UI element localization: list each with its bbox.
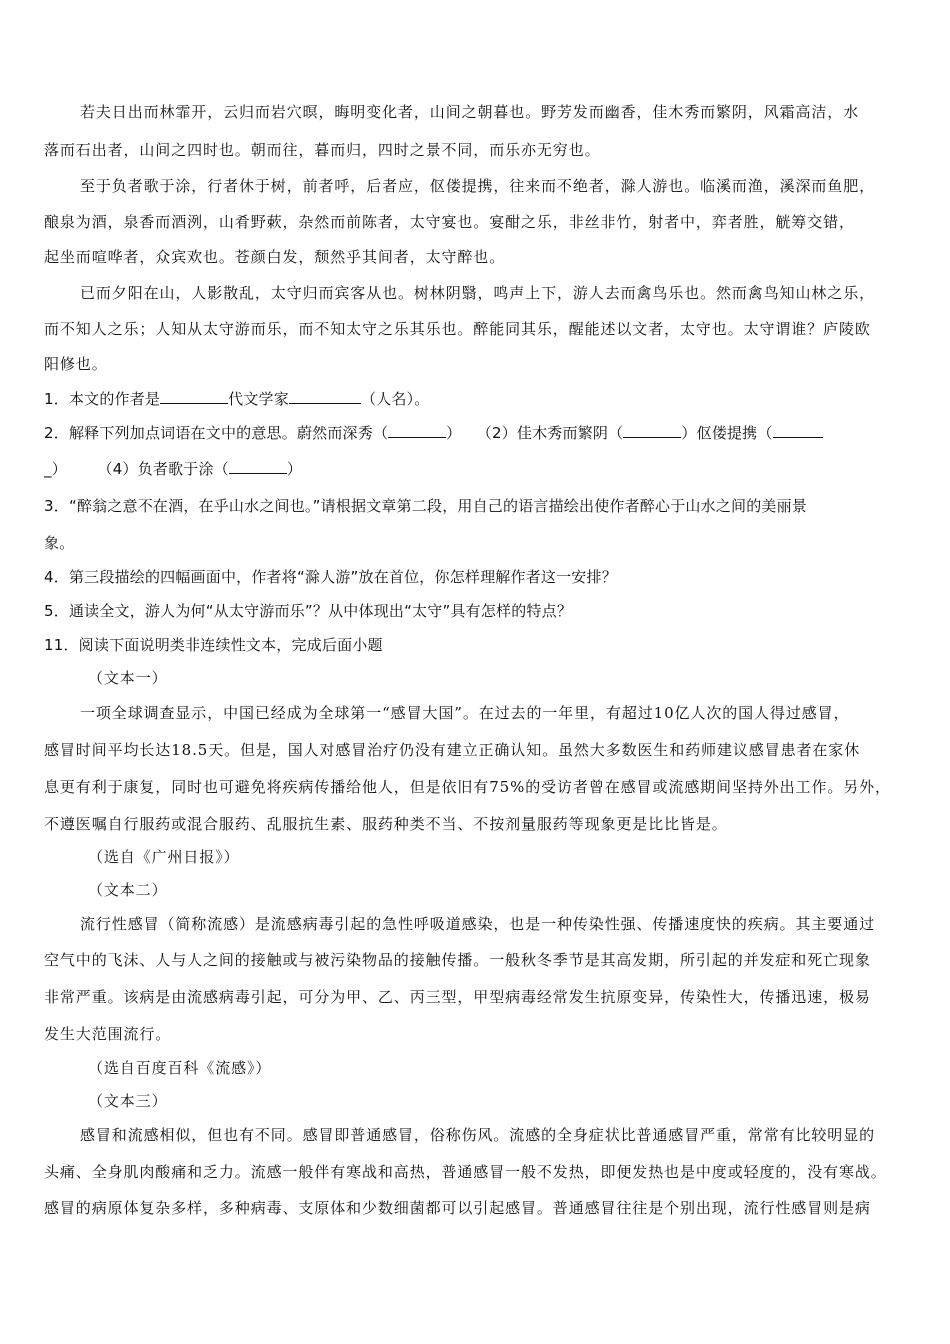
question-2-text: _） （4）负者歌于涂（ <box>44 460 229 478</box>
passage-paragraph-line: 阳修也。 <box>44 354 108 374</box>
question-4: 4．第三段描绘的四幅画面中，作者将“滁人游”放在首位，你怎样理解作者这一安排？ <box>44 567 617 587</box>
question-3: 3．“醉翁之意不在酒，在乎山水之间也。”请根据文章第二段，用自己的语言描绘出使作… <box>44 496 807 516</box>
question-1-suffix: （人名）。 <box>361 390 430 408</box>
question-11: 11．阅读下面说明类非连续性文本，完成后面小题 <box>44 635 383 655</box>
passage-paragraph-line: 已而夕阳在山，人影散乱，太守归而宾客从也。树林阴翳，鸣声上下，游人去而禽鸟乐也。… <box>80 283 875 303</box>
document-page: 若夫日出而林霏开，云归而岩穴暝，晦明变化者，山间之朝暮也。野芳发而幽香，佳木秀而… <box>0 0 950 1344</box>
text1-line: 息更有利于康复，同时也可避免将疾病传播给他人，但是依旧有75%的受访者曾在感冒或… <box>44 777 891 797</box>
text2-line: 非常严重。该病是由流感病毒引起，可分为甲、乙、丙三型，甲型病毒经常发生抗原变异，… <box>44 987 871 1007</box>
text3-heading: （文本三） <box>88 1091 168 1111</box>
question-1: 1．本文的作者是代文学家（人名）。 <box>44 389 429 409</box>
question-2-text: ）伛偻提携（ <box>681 424 772 442</box>
question-2-text: 2．解释下列加点词语在文中的意思。蔚然而深秀（ <box>44 424 388 442</box>
text1-line: 感冒时间平均长达18.5天。但是，国人对感冒治疗仍没有建立正确认知。虽然大多数医… <box>44 740 860 760</box>
question-2-text: ） （2）佳木秀而繁阴（ <box>446 424 623 442</box>
answer-blank <box>773 423 823 438</box>
answer-blank <box>229 459 287 474</box>
text2-line: 空气中的飞沫、人与人之间的接触或与被污染物品的接触传播。一般秋冬季节是其高发期，… <box>44 950 871 970</box>
text1-line: 一项全球调查显示，中国已经成为全球第一“感冒大国”。在过去的一年里，有超过10亿… <box>80 703 849 723</box>
text3-line: 感冒和流感相似，但也有不同。感冒即普通感冒，俗称伤风。流感的全身症状比普通感冒严… <box>80 1125 875 1145</box>
text2-line: 发生大范围流行。 <box>44 1024 171 1044</box>
text3-line: 头痛、全身肌肉酸痛和乏力。流感一般伴有寒战和高热，普通感冒一般不发热，即便发热也… <box>44 1162 887 1182</box>
answer-blank <box>289 389 361 404</box>
text3-line: 感冒的病原体复杂多样，多种病毒、支原体和少数细菌都可以引起感冒。普通感冒往往是个… <box>44 1198 871 1218</box>
passage-paragraph-line: 落而石出者，山间之四时也。朝而往，暮而归，四时之景不同，而乐亦无穷也。 <box>44 140 601 160</box>
answer-blank <box>160 389 228 404</box>
text1-heading: （文本一） <box>88 668 168 688</box>
question-2: 2．解释下列加点词语在文中的意思。蔚然而深秀（） （2）佳木秀而繁阴（）伛偻提携… <box>44 423 823 443</box>
question-1-prefix: 1．本文的作者是 <box>44 390 160 408</box>
text2-source: （选自百度百科《流感》） <box>88 1058 271 1078</box>
passage-paragraph-line: 至于负者歌于涂，行者休于树，前者呼，后者应，伛偻提携，往来而不绝者，滁人游也。临… <box>80 176 875 196</box>
question-2-continued: _） （4）负者歌于涂（） <box>44 459 302 479</box>
passage-paragraph-line: 酿泉为酒，泉香而酒洌，山肴野蔌，杂然而前陈者，太守宴也。宴酣之乐，非丝非竹，射者… <box>44 212 855 232</box>
answer-blank <box>623 423 681 438</box>
question-2-text: ） <box>287 460 302 478</box>
text2-line: 流行性感冒（简称流感）是流感病毒引起的急性呼吸道感染，也是一种传染性强、传播速度… <box>80 914 875 934</box>
question-5: 5．通读全文，游人为何“从太守游而乐”？从中体现出“太守”具有怎样的特点？ <box>44 601 572 621</box>
passage-paragraph-line: 若夫日出而林霏开，云归而岩穴暝，晦明变化者，山间之朝暮也。野芳发而幽香，佳木秀而… <box>80 102 859 122</box>
passage-paragraph-line: 而不知人之乐；人知从太守游而乐，而不知太守之乐其乐也。醉能同其乐，醒能述以文者，… <box>44 319 871 339</box>
question-3-continued: 象。 <box>44 533 74 553</box>
text1-line: 不遵医嘱自行服药或混合服药、乱服抗生素、服药种类不当、不按剂量服药等现象更是比比… <box>44 814 728 834</box>
answer-blank <box>388 423 446 438</box>
text2-heading: （文本二） <box>88 880 168 900</box>
text1-source: （选自《广州日报》） <box>88 847 240 867</box>
passage-paragraph-line: 起坐而喧哗者，众宾欢也。苍颜白发，颓然乎其间者，太守醉也。 <box>44 247 505 267</box>
question-1-middle: 代文学家 <box>228 390 289 408</box>
